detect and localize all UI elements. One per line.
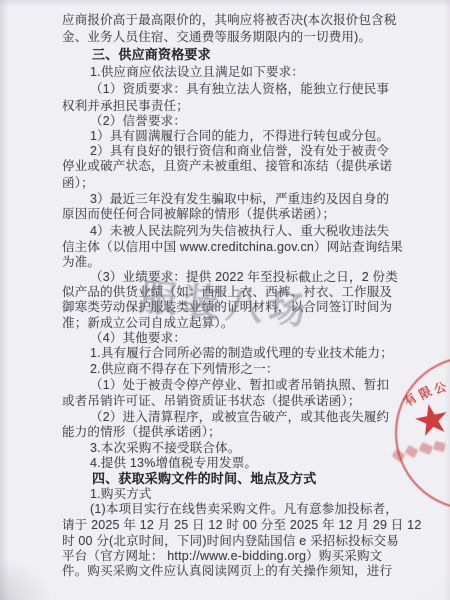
stamp-illegible-mark (404, 445, 418, 458)
stamp-arc-text: 限 (416, 382, 434, 403)
document-line: 金、业务人员住宿、交通费等服务期限内的一切费用)。 (62, 27, 371, 45)
stamp-illegible-mark (419, 442, 433, 455)
document-line: 应商报价高于最高限价的，其响应将被否决(本次报价包含税 (62, 10, 397, 28)
star-icon: ★ (409, 396, 450, 445)
document-line: （1）资质要求：具有独立法人资格，能独立行使民事 (90, 79, 389, 97)
document-line: 1.供应商应依法设立且满足如下要求： (90, 62, 304, 80)
stamp-illegible-mark (433, 441, 446, 452)
document-line: 件。购买采购文件应认真阅读网页上的有关操作须知，进行 (62, 561, 392, 579)
stamp-arc-text: 有 (400, 389, 420, 410)
stamp-circle-border (395, 356, 450, 510)
scanned-document-page: 应商报价高于最高限价的，其响应将被否决(本次报价包含税金、业务人员住宿、交通费等… (0, 0, 450, 600)
document-line: 停业或破产状态，且资产未被重组、接管和冻结（提供承诺 (62, 156, 392, 174)
stamp-illegible-mark (391, 449, 405, 463)
section-heading: 三、供应商资格要求 (92, 44, 211, 63)
document-line: 信主体（以信用中国 www.creditchina.gov.cn）网站查询结果 (62, 237, 403, 255)
stamp-arc-text: 公 (432, 378, 448, 398)
document-line: 原因而使任何合同被解除的情形（提供承诺函）； (62, 204, 335, 222)
